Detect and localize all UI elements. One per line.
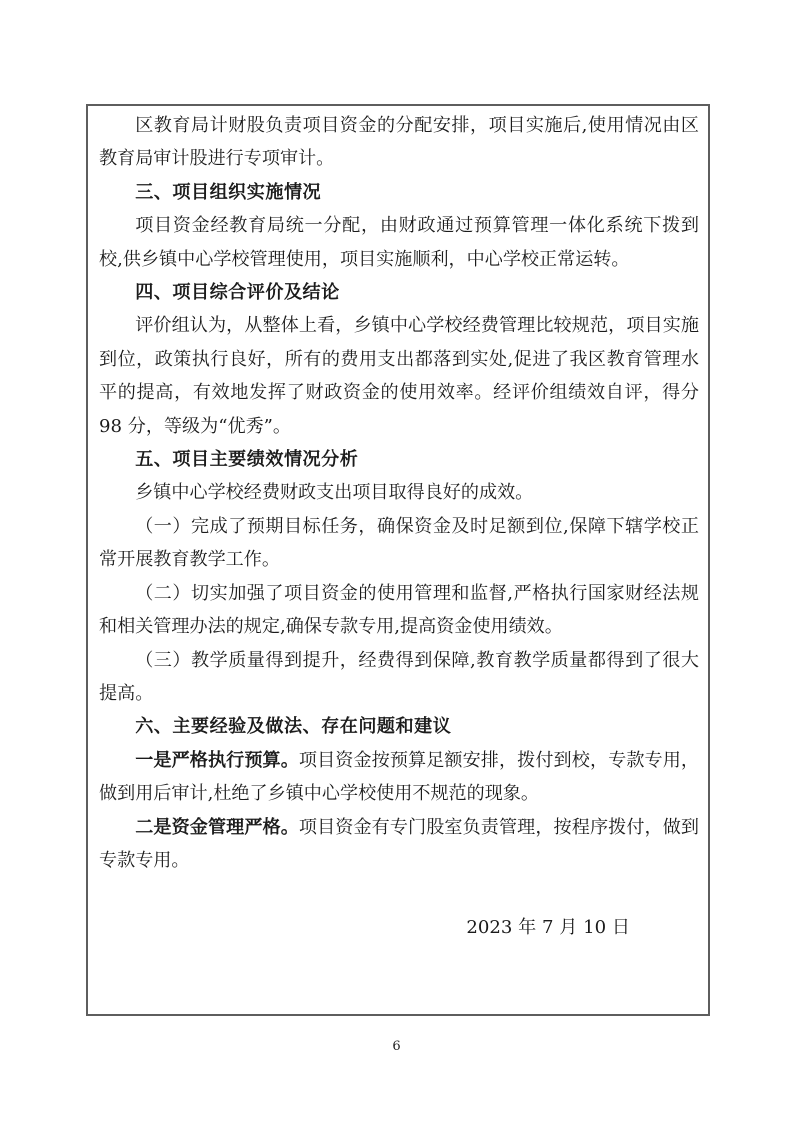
paragraph-performance-item-1: （一）完成了预期目标任务，确保资金及时足额到位,保障下辖学校正常开展教育教学工作…	[99, 510, 699, 577]
date-line: 2023 年 7 月 10 日	[99, 911, 699, 944]
paragraph-experience-1-lead: 一是严格执行预算。	[135, 750, 299, 771]
document-page: 区教育局计财股负责项目资金的分配安排，项目实施后,使用情况由区教育局审计股进行专…	[0, 0, 793, 1122]
section-heading-5-performance: 五、项目主要绩效情况分析	[99, 443, 699, 476]
paragraph-performance-item-3: （三）教学质量得到提升，经费得到保障,教育教学质量都得到了很大提高。	[99, 644, 699, 711]
paragraph-performance-intro: 乡镇中心学校经费财政支出项目取得良好的成效。	[99, 476, 699, 509]
paragraph-implementation-body: 项目资金经教育局统一分配，由财政通过预算管理一体化系统下拨到校,供乡镇中心学校管…	[99, 209, 699, 276]
paragraph-experience-2: 二是资金管理严格。项目资金有专门股室负责管理，按程序拨付，做到专款专用。	[99, 811, 699, 878]
paragraph-evaluation-body: 评价组认为，从整体上看，乡镇中心学校经费管理比较规范，项目实施到位，政策执行良好…	[99, 309, 699, 443]
paragraph-experience-2-lead: 二是资金管理严格。	[135, 817, 299, 838]
paragraph-experience-1: 一是严格执行预算。项目资金按预算足额安排，拨付到校，专款专用，做到用后审计,杜绝…	[99, 744, 699, 811]
section-heading-4-evaluation: 四、项目综合评价及结论	[99, 276, 699, 309]
content-border-box: 区教育局计财股负责项目资金的分配安排，项目实施后,使用情况由区教育局审计股进行专…	[86, 104, 710, 1016]
paragraph-performance-item-2: （二）切实加强了项目资金的使用管理和监督,严格执行国家财经法规和相关管理办法的规…	[99, 577, 699, 644]
paragraph-fund-allocation: 区教育局计财股负责项目资金的分配安排，项目实施后,使用情况由区教育局审计股进行专…	[99, 109, 699, 176]
section-heading-6-experience: 六、主要经验及做法、存在问题和建议	[99, 710, 699, 743]
page-number: 6	[0, 1039, 793, 1054]
section-heading-3-implementation: 三、项目组织实施情况	[99, 176, 699, 209]
